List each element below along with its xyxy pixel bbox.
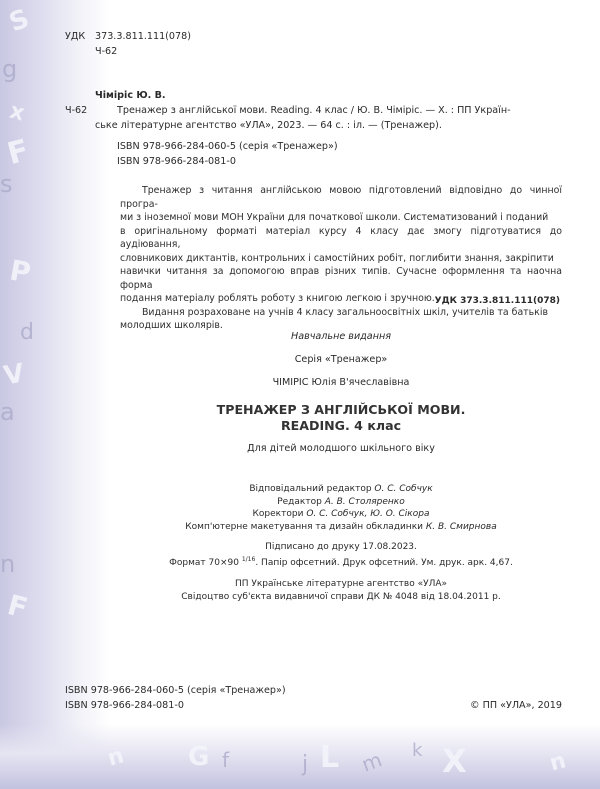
copyright-page: УДК 373.3.811.111(078) Ч-62 Чіміріс Ю. В…	[0, 0, 600, 789]
series-name: Серія «Тренажер»	[120, 353, 562, 367]
annotation-line: Тренажер з читання англійською мовою під…	[120, 184, 562, 211]
credit-name: О. С. Собчук, Ю. О. Сікора	[306, 509, 429, 519]
bibliographic-mark: Ч-62	[65, 104, 87, 118]
signed-to-print: Підписано до друку 17.08.2023.	[120, 541, 562, 554]
udk-label: УДК	[65, 30, 85, 44]
isbn-series: ISBN 978-966-284-060-5 (серія «Тренажер»…	[117, 140, 338, 154]
credit-role: Редактор	[277, 497, 322, 507]
target-audience: Для дітей молодшого шкільного віку	[120, 442, 562, 456]
annotation-line: ми з іноземної мови МОН України для поча…	[120, 211, 562, 225]
credit-role: Відповідальний редактор	[249, 484, 371, 494]
copyright-notice: © ПП «УЛА», 2019	[470, 699, 562, 713]
annotation-paragraph: Тренажер з читання англійською мовою під…	[120, 184, 562, 333]
annotation-line: навички читання за допомогою вправ різни…	[120, 265, 562, 292]
bibliographic-entry-line: Тренажер з англійської мови. Reading. 4 …	[117, 104, 511, 118]
footer-isbn-book: ISBN 978-966-284-081-0	[65, 699, 184, 713]
print-info: Підписано до друку 17.08.2023. Формат 70…	[120, 541, 562, 569]
credit-line: Відповідальний редактор О. С. Собчук	[120, 483, 562, 496]
publisher-block: ПП Українське літературне агентство «УЛА…	[120, 578, 562, 603]
format-prefix: Формат 70×90	[169, 558, 242, 568]
credit-name: О. С. Собчук	[374, 484, 432, 494]
publisher-certificate: Свідоцтво суб'єкта видавничої справи ДК …	[120, 591, 562, 604]
bibliographic-entry-line: ське літературне агентство «УЛА», 2023. …	[95, 119, 442, 133]
credit-line: Комп'ютерне макетування та дизайн обклад…	[120, 521, 562, 534]
udk-footer: УДК 373.3.811.111(078)	[435, 295, 560, 308]
author-heading: Чіміріс Ю. В.	[95, 89, 166, 103]
credit-name: К. В. Смирнова	[426, 522, 497, 532]
author-full-name: ЧІМІРІС Юлія В'ячеславівна	[120, 376, 562, 390]
credits-block: Відповідальний редактор О. С. Собчук Ред…	[120, 483, 562, 533]
isbn-book: ISBN 978-966-284-081-0	[117, 155, 236, 169]
credit-role: Коректори	[253, 509, 304, 519]
format-fraction: 1/16	[242, 556, 255, 563]
credit-line: Редактор А. В. Столяренко	[120, 496, 562, 509]
book-title-line1: ТРЕНАЖЕР З АНГЛІЙСЬКОЇ МОВИ.	[120, 402, 562, 418]
format-suffix: . Папір офсетний. Друк офсетний. Ум. дру…	[255, 558, 513, 568]
credit-line: Коректори О. С. Собчук, Ю. О. Сікора	[120, 508, 562, 521]
imprint-block: Навчальне видання Серія «Тренажер» ЧІМІР…	[120, 330, 562, 456]
annotation-line: словникових диктантів, контрольних і сам…	[120, 252, 562, 266]
publisher-name: ПП Українське літературне агентство «УЛА…	[120, 578, 562, 591]
edition-type: Навчальне видання	[120, 330, 562, 344]
author-mark: Ч-62	[95, 45, 117, 59]
credit-name: А. В. Столяренко	[325, 497, 405, 507]
udk-code: 373.3.811.111(078)	[95, 30, 191, 44]
book-title-line2: READING. 4 клас	[120, 418, 562, 434]
annotation-line: в оригінальному форматі матеріал курсу 4…	[120, 225, 562, 252]
footer-isbn-series: ISBN 978-966-284-060-5 (серія «Тренажер»…	[65, 684, 286, 698]
format-line: Формат 70×90 1/16. Папір офсетний. Друк …	[120, 554, 562, 570]
credit-role: Комп'ютерне макетування та дизайн обклад…	[185, 522, 423, 532]
